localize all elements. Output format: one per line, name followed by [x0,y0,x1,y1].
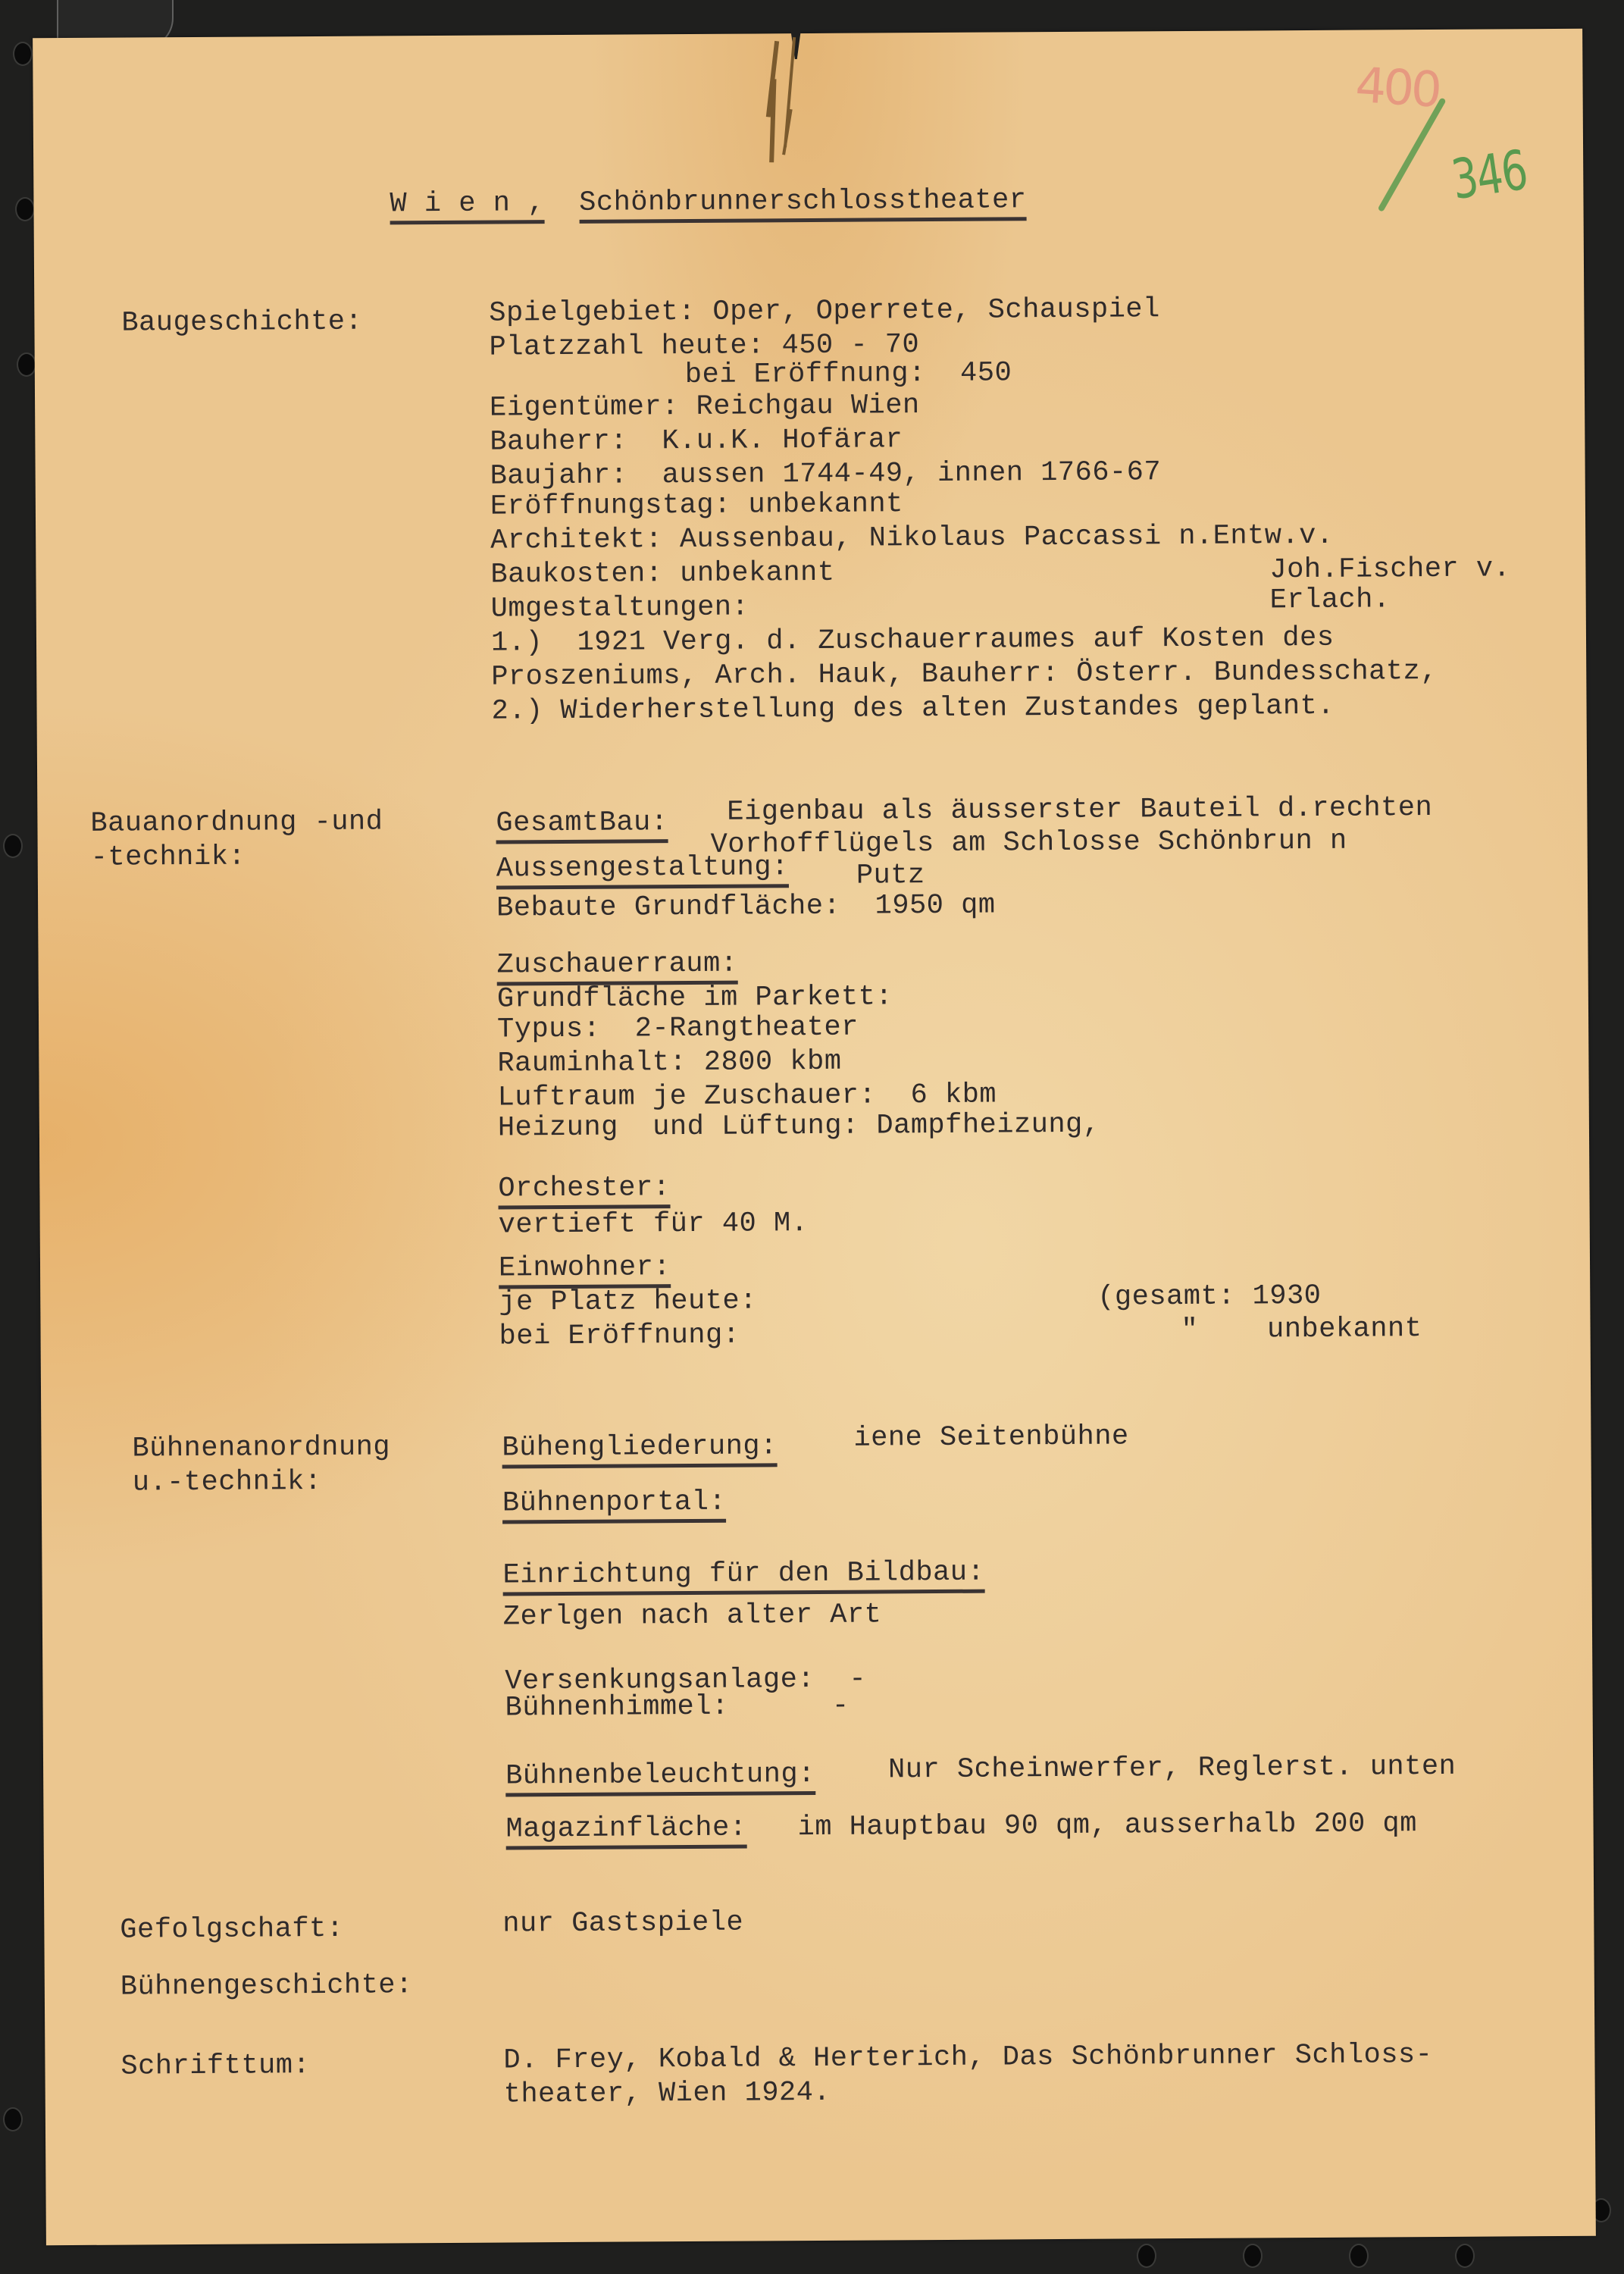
magazin-label: Magazinfläche: [505,1812,746,1850]
binder-hole [1243,2244,1263,2268]
baugeschichte-line: Bauherr: K.u.K. Hofärar [490,423,903,459]
buehnengliederung-value: iene Seitenbühne [853,1420,1129,1455]
section-label-baugeschichte: Baugeschichte: [121,305,362,340]
binder-hole [17,352,36,377]
binder-hole [13,42,33,66]
aussengestaltung-value: Putz [856,859,925,893]
section-label-bauanordnung-2: -technik: [91,841,246,875]
section-label-buehnenanordnung-2: u.-technik: [133,1465,322,1500]
title-city: W i e n , [390,187,545,224]
buehnenhimmel: Bühnenhimmel: - [505,1690,849,1725]
field-label-magazin: Magazinfläche: [505,1812,746,1846]
gesamtbau-value: Eigenbau als äusserster Bauteil d.rechte… [727,791,1432,829]
binder-hole [1349,2244,1369,2268]
architect-continued: Joh.Fischer v. [1269,552,1510,587]
gesamtbau-label: GesamtBau: [496,807,668,844]
baugeschichte-line: Umgestaltungen: [491,591,749,626]
section-label-schrifttum: Schrifttum: [120,2049,310,2084]
baugeschichte-line: Eigentümer: Reichgau Wien [490,389,920,424]
document-page: 400 346 W i e n , Schönbrunnerschlossthe… [33,29,1596,2245]
binder-hole [1455,2244,1475,2268]
baugeschichte-line: Baukosten: unbekannt [490,556,834,592]
buehnenportal-label: Bühnenportal: [502,1486,726,1524]
section-label-buehnengeschichte: Bühnengeschichte: [120,1969,413,2003]
pencil-mark [760,33,837,163]
einwohner-line: bei Eröffnung: [499,1319,740,1354]
section-label-buehnenanordnung: Bühnenanordnung [132,1430,390,1465]
section-label-bauanordnung: Bauanordnung -und [90,805,383,840]
orchester-label: Orchester: [498,1172,670,1209]
magazin-value: im Hauptbau 90 qm, ausserhalb 200 qm [797,1807,1417,1844]
section-label-gefolgschaft: Gefolgschaft: [120,1912,343,1947]
beleuchtung-label: Bühnenbeleuchtung: [505,1759,815,1796]
baugeschichte-line: 1.) 1921 Verg. d. Zuschauerraumes auf Ko… [491,622,1335,660]
field-label-buehnenportal: Bühnenportal: [502,1486,726,1521]
binder-hole [3,2107,23,2131]
baugeschichte-line: Eröffnungstag: unbekannt [490,487,903,523]
handwritten-red-number: 400 [1353,58,1441,119]
field-label-einwohner: Einwohner: [499,1251,671,1285]
binder-hole [3,834,23,858]
page-title: W i e n , Schönbrunnerschlosstheater [390,183,1026,221]
binder-hole [1137,2244,1156,2268]
field-label-bildbau: Einrichtung für den Bildbau: [502,1556,984,1593]
title-theater: Schönbrunnerschlosstheater [579,184,1027,224]
gefolgschaft-value: nur Gastspiele [502,1906,743,1941]
zuschauerraum-line: Heizung und Lüftung: Dampfheizung, [498,1108,1100,1145]
field-label-zuschauerraum: Zuschauerraum: [496,947,737,982]
baugeschichte-line: Architekt: Aussenbau, Nikolaus Paccassi … [490,519,1334,558]
bildbau-label: Einrichtung für den Bildbau: [502,1557,984,1596]
zuschauerraum-label: Zuschauerraum: [496,948,737,986]
field-label-aussengestaltung: Aussengestaltung: [496,850,789,885]
beleuchtung-value: Nur Scheinwerfer, Reglerst. unten [888,1750,1456,1787]
orchester-value: vertieft für 40 M. [499,1207,809,1242]
field-label-gesamtbau: GesamtBau: [496,806,668,840]
bebaute-grundflaeche: Bebaute Grundfläche: 1950 qm [496,889,996,926]
bildbau-value: Zerlgen nach alter Art [503,1598,882,1633]
baugeschichte-line: Spielgebiet: Oper, Operrete, Schauspiel [489,293,1160,330]
aussengestaltung-label: Aussengestaltung: [496,851,789,889]
einwohner-value: (gesamt: 1930 [1097,1280,1321,1314]
schrifttum-value: theater, Wien 1924. [504,2076,831,2112]
binder-hole [15,197,35,221]
gesamtbau-value: Vorhofflügels am Schlosse Schönbrun n [711,825,1347,862]
handwritten-green-number: 346 [1447,138,1531,211]
zuschauerraum-line: Typus: 2-Rangtheater [497,1011,859,1047]
einwohner-line: je Platz heute: [499,1284,757,1319]
field-label-orchester: Orchester: [498,1171,670,1205]
einwohner-value: " unbekannt [1181,1312,1422,1347]
zuschauerraum-line: Rauminhalt: 2800 kbm [497,1045,841,1081]
einwohner-label: Einwohner: [499,1251,671,1289]
schrifttum-value: D. Frey, Kobald & Herterich, Das Schönbr… [503,2038,1432,2077]
baugeschichte-line: bei Eröffnung: 450 [685,356,1012,392]
architect-continued: Erlach. [1270,583,1391,617]
buehnengliederung-label: Bühengliederung: [502,1430,778,1468]
baugeschichte-line: Proszeniums, Arch. Hauk, Bauherr: Österr… [491,655,1438,694]
field-label-beleuchtung: Bühnenbeleuchtung: [505,1758,815,1793]
field-label-buehnengliederung: Bühengliederung: [502,1430,778,1464]
baugeschichte-line: 2.) Widerherstellung des alten Zustandes… [491,690,1335,728]
